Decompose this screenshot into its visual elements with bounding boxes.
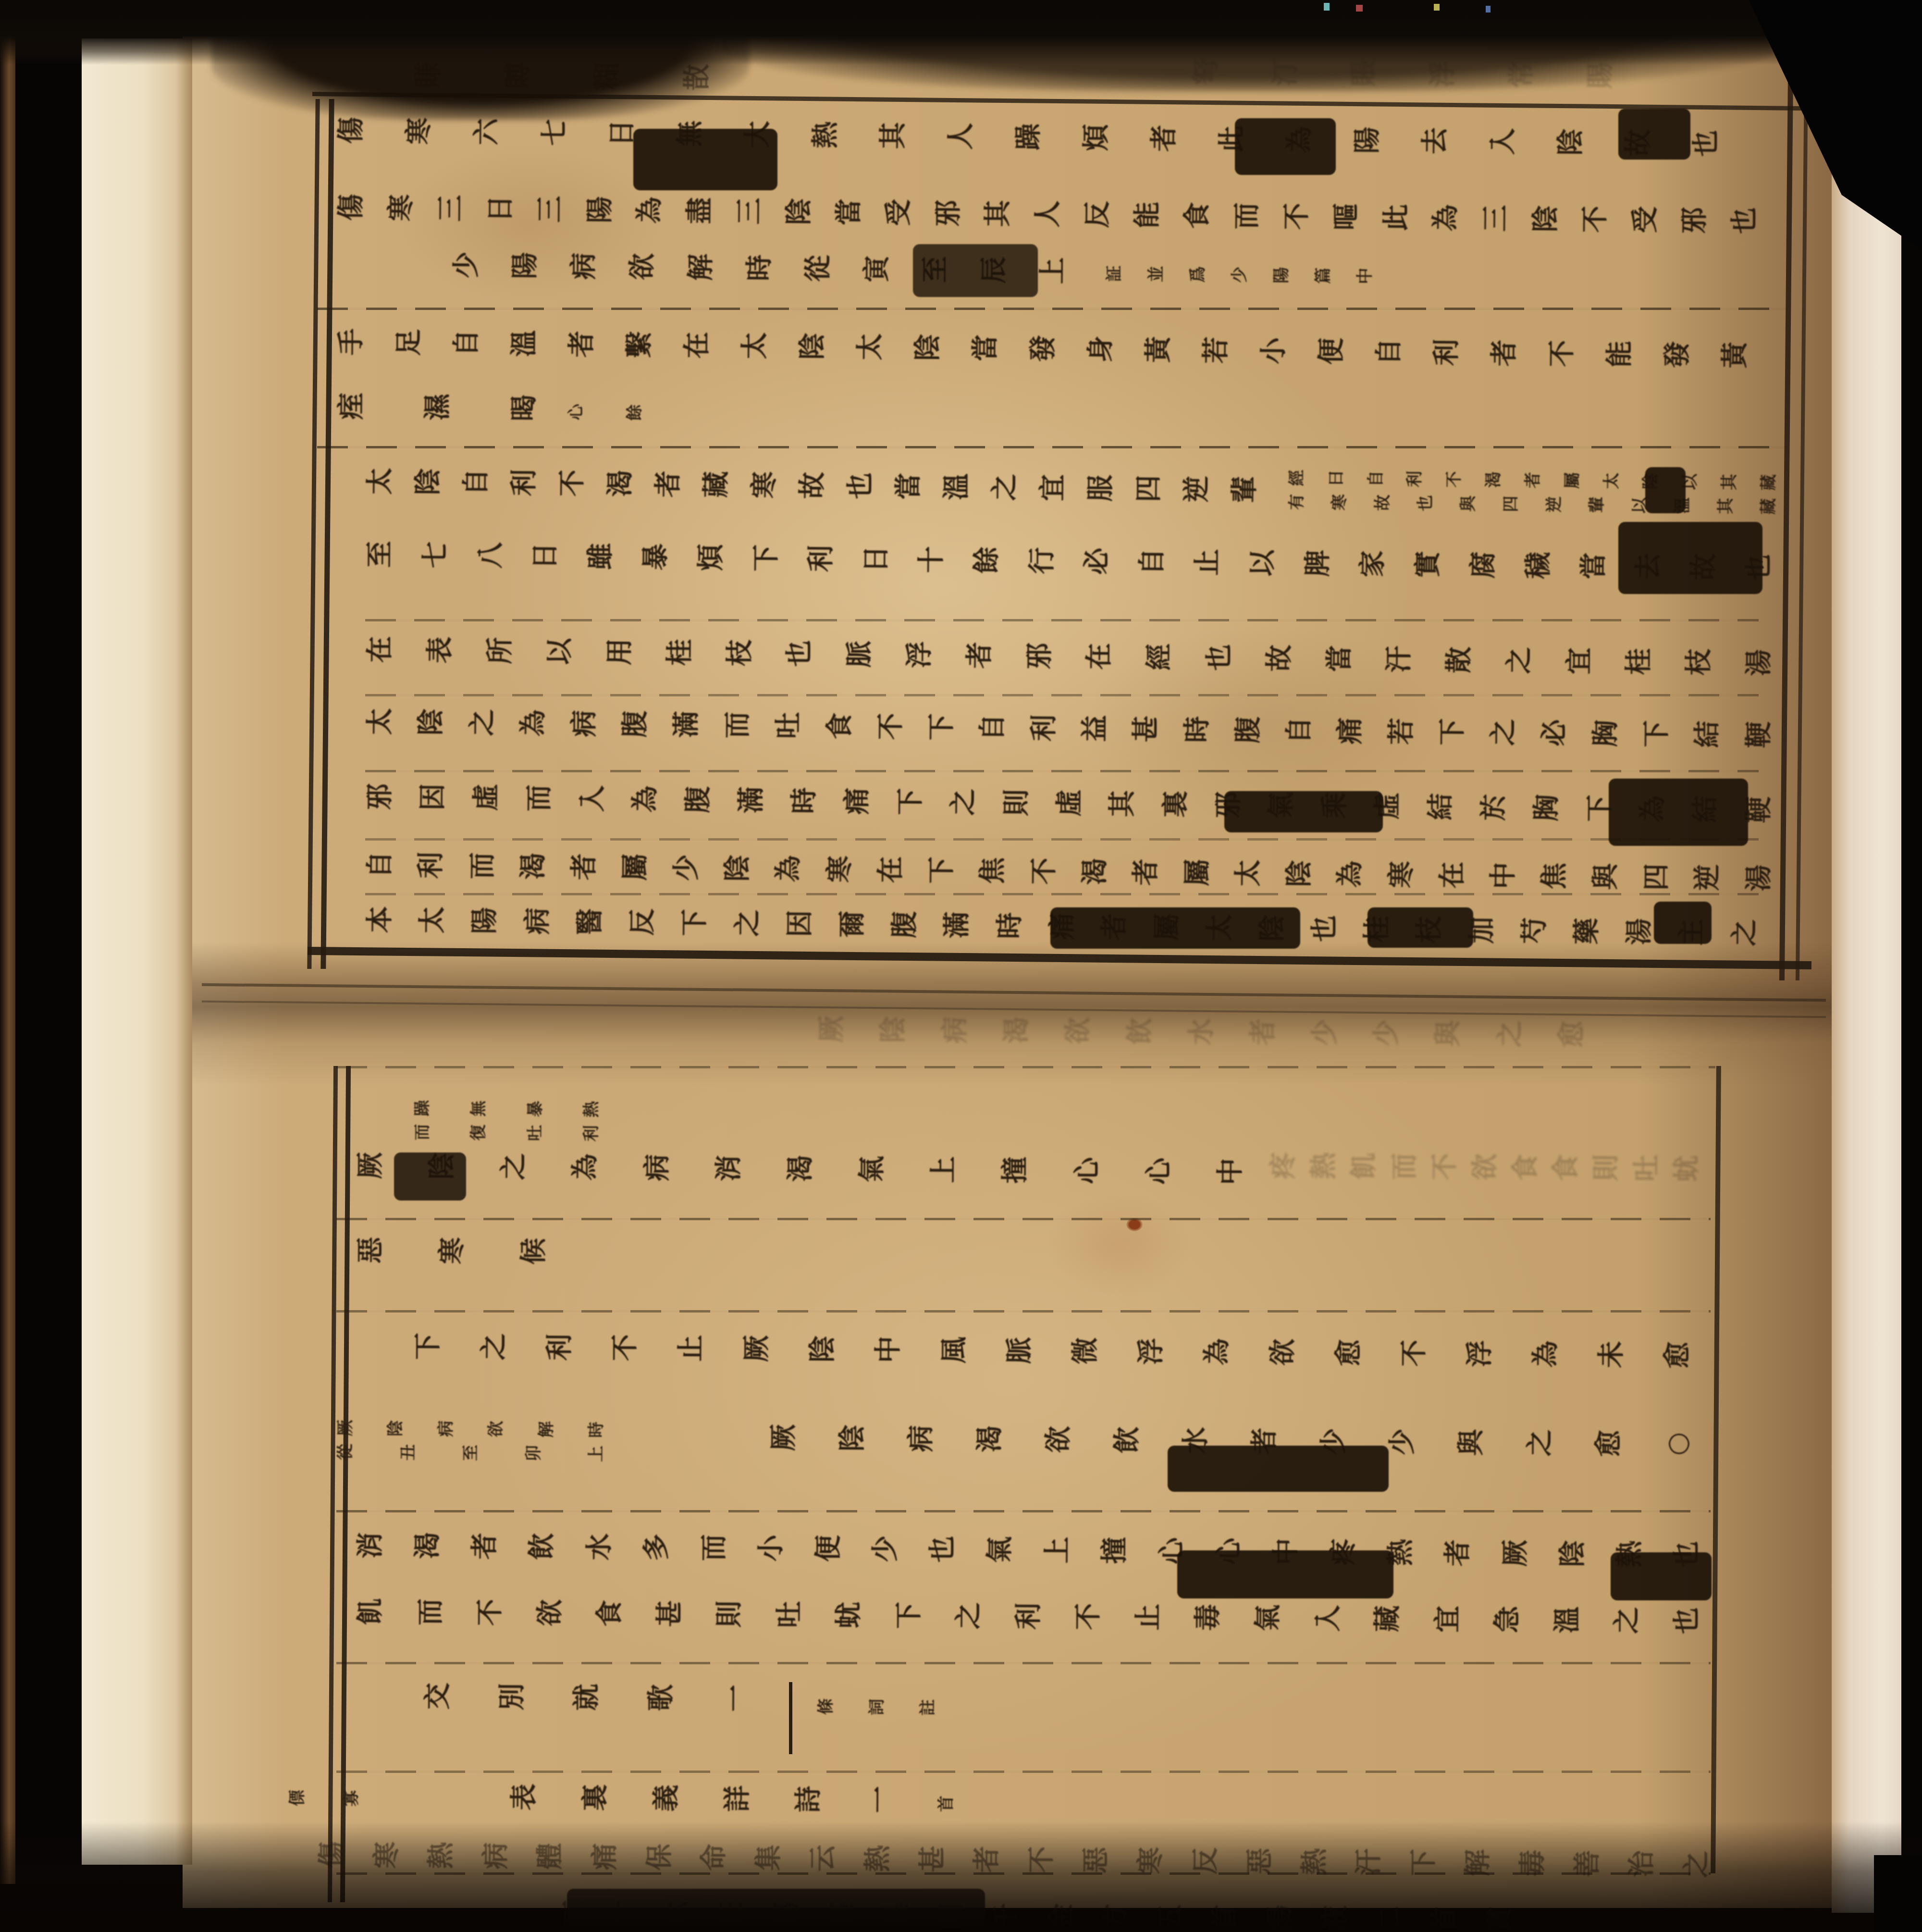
glyph: 宜 (1563, 646, 1595, 676)
glyph: 自 (460, 468, 492, 497)
ink-blot (1368, 907, 1473, 948)
glyph: 義 (650, 1783, 682, 1812)
glyph: 邪 (1023, 641, 1055, 670)
glyph: 在 (681, 331, 713, 360)
glyph: 用 (604, 637, 636, 667)
ink-blot (1050, 907, 1300, 949)
glyph: 湯 (1743, 648, 1775, 678)
glyph: 陰 (783, 197, 815, 226)
glyph: 八 (474, 541, 506, 570)
glyph: 邪 (1678, 206, 1711, 235)
glyph: 胸 (1589, 718, 1621, 748)
glyph: 陰 (1556, 1539, 1588, 1568)
glyph: 胸 (1530, 793, 1563, 822)
ink-blot (1168, 1446, 1389, 1492)
glyph: 繫 (623, 330, 655, 359)
glyph: 至 (461, 1444, 481, 1462)
glyph: 不 (474, 1598, 505, 1627)
glyph: 實 (1412, 550, 1444, 579)
glyph: 故 (1372, 494, 1392, 512)
glyph: 陰 (1554, 127, 1587, 157)
glyph: 餘 (625, 403, 645, 421)
glyph: 太 (1602, 471, 1622, 490)
double-line-note: 經曰自利不渴者屬太陰以其藏 有寒故也與四逆輩以溫其藏 (1288, 468, 1778, 517)
glyph: 之 (947, 788, 979, 817)
glyph: 反 (626, 907, 658, 937)
glyph: 上 (586, 1445, 606, 1463)
glyph: 下 (925, 712, 958, 742)
glyph: 暍 (508, 393, 540, 422)
glyph: 而 (523, 783, 555, 813)
glyph: 寒 (384, 193, 417, 223)
glyph: 病 (905, 1424, 936, 1453)
glyph: 為 (517, 708, 549, 738)
glyph: 利 (1405, 470, 1425, 488)
glyph: 病 (521, 906, 553, 936)
glyph: 時 (993, 911, 1025, 941)
glyph: 陽 (584, 195, 616, 224)
glyph: 寒 (748, 471, 780, 500)
glyph: 脈 (843, 640, 875, 669)
glyph: 消 (354, 1531, 386, 1560)
glyph: 與 (1454, 1428, 1486, 1457)
glyph: 復 (468, 1123, 489, 1141)
glyph: 不 (1579, 205, 1611, 234)
glyph: 惡 (354, 1236, 386, 1264)
glyph: 吐 (773, 1600, 804, 1629)
double-line-note: 厥陰病欲解時 從丑至卯上 (336, 1418, 606, 1464)
glyph: 厥 (335, 1419, 356, 1437)
glyph: 腹 (619, 709, 651, 739)
glyph: 上 (927, 1155, 959, 1184)
divider-tick (789, 1682, 792, 1754)
scan-artifact (1356, 5, 1363, 12)
glyph: 藏 (1759, 473, 1779, 492)
glyph: 中 (1214, 1157, 1246, 1186)
glyph: 者 (652, 470, 684, 499)
glyph: 陰 (796, 332, 828, 361)
glyph: 之 (731, 908, 763, 938)
glyph: 當 (1577, 551, 1609, 581)
glyph: 並 (1146, 265, 1166, 283)
glyph: 反 (1081, 200, 1113, 229)
text-column-note: 從丑至卯上 (336, 1442, 605, 1464)
glyph: 表 (423, 635, 456, 665)
glyph: 便 (812, 1534, 844, 1563)
page-stack-edge-right (1832, 34, 1901, 1913)
glyph: 受 (882, 198, 914, 227)
glyph: 者 (1441, 1538, 1473, 1567)
glyph: 病 (436, 1419, 456, 1437)
glyph: 也 (1308, 914, 1341, 943)
glyph: 為 (1529, 1339, 1561, 1368)
glyph: 邪 (364, 782, 396, 811)
glyph: 中 (872, 1335, 904, 1364)
glyph: 枝 (723, 638, 755, 668)
double-line-note: 躁無暴熱 而復吐利 (413, 1098, 601, 1144)
glyph: 為 (569, 1152, 601, 1181)
glyph: 之 (1493, 1019, 1525, 1048)
glyph: 日 (484, 194, 516, 223)
glyph: 止 (1191, 548, 1223, 577)
glyph: 者 (468, 1532, 500, 1560)
ink-blot (1224, 791, 1383, 832)
glyph: 欲 (1042, 1425, 1074, 1454)
glyph: 結 (1424, 792, 1456, 821)
glyph: 去 (1419, 126, 1451, 156)
glyph: 浮 (1464, 1339, 1495, 1368)
glyph: 足 (393, 328, 425, 357)
bottom-edge-shadow (0, 1821, 1922, 1932)
glyph: 厥 (740, 1334, 772, 1363)
glyph: 陰 (721, 854, 753, 883)
glyph: 逆 (1691, 863, 1724, 892)
glyph: 詳 (721, 1784, 753, 1813)
glyph: 厥 (767, 1423, 799, 1452)
glyph: 其 (877, 121, 909, 150)
glyph: 也 (844, 471, 876, 501)
glyph: 水 (583, 1532, 615, 1561)
glyph: 之 (1487, 718, 1519, 747)
glyph: 益 (1079, 714, 1111, 743)
glyph: 其 (982, 199, 1014, 228)
glyph: 陰 (385, 1419, 406, 1437)
glyph: 甚 (653, 1599, 685, 1628)
column-rule (365, 838, 1759, 841)
glyph: 行 (1025, 546, 1058, 575)
glyph: 所 (483, 636, 516, 665)
glyph: 欲 (626, 252, 658, 281)
glyph: ○ (1661, 1429, 1693, 1458)
glyph: 與 (1589, 862, 1621, 891)
text-column: 惡寒候 (356, 1234, 548, 1267)
text-column: 交別就歌一 (423, 1680, 750, 1714)
glyph: 陰 (877, 1015, 909, 1044)
glyph: 太 (1232, 858, 1264, 888)
glyph: 太 (739, 331, 771, 360)
text-column-note: 証並爲少陽篇中 (1105, 263, 1374, 286)
glyph: 欲 (1469, 1152, 1501, 1181)
glyph: 故 (1263, 644, 1295, 673)
glyph: 不 (609, 1333, 641, 1362)
glyph: 也 (1203, 643, 1235, 672)
glyph: 屬 (619, 853, 651, 882)
glyph: 利 (508, 468, 540, 497)
glyph: 撞 (1098, 1536, 1130, 1565)
glyph: 不 (1444, 470, 1464, 488)
glyph: 經 (1143, 643, 1175, 672)
glyph: 利 (805, 544, 837, 573)
glyph: 利 (415, 851, 447, 880)
glyph: 為 (772, 854, 804, 883)
glyph: 微 (1069, 1337, 1101, 1365)
glyph: 渴 (411, 1531, 443, 1560)
glyph: 盡 (683, 196, 715, 225)
glyph: 為 (633, 196, 665, 225)
glyph: 四 (1133, 474, 1165, 503)
glyph: 吐 (772, 711, 804, 740)
glyph: 不 (1398, 1338, 1429, 1367)
glyph: 以 (1246, 548, 1278, 578)
ink-blot (1618, 109, 1690, 160)
glyph: 詩 (792, 1784, 824, 1813)
ink-blot (1177, 1550, 1393, 1598)
glyph: 而 (466, 851, 498, 880)
glyph: 者 (568, 852, 600, 881)
glyph: 熱 (1307, 1152, 1339, 1180)
glyph: 病 (938, 1016, 970, 1044)
glyph: 無 (468, 1099, 489, 1117)
column-rule (336, 1218, 1711, 1220)
glyph: 至 (364, 540, 396, 569)
glyph: 利 (543, 1333, 575, 1362)
text-column: 疼熱飢而不欲食食則吐蚘 (1269, 1150, 1701, 1184)
glyph: 枝 (1683, 647, 1715, 677)
glyph: 不 (874, 712, 906, 741)
glyph: 也 (783, 639, 815, 668)
glyph: 醫 (574, 907, 606, 936)
glyph: 一 (719, 1684, 751, 1712)
text-column-note: 首 (937, 1794, 975, 1814)
glyph: 若 (1385, 717, 1417, 746)
column-rule (365, 694, 1759, 696)
glyph: 陽 (509, 251, 541, 280)
glyph: 當 (832, 198, 864, 227)
glyph: 裏 (579, 1783, 611, 1812)
glyph: 少 (1386, 1427, 1417, 1456)
glyph: 身 (1084, 334, 1117, 364)
glyph: 詞 (867, 1698, 887, 1716)
glyph: 寒 (436, 1236, 468, 1265)
glyph: 腹 (888, 910, 921, 939)
text-column-note: 條詞註 (817, 1697, 937, 1718)
glyph: 鞕 (1742, 720, 1774, 750)
glyph: 滿 (670, 710, 702, 739)
glyph: 嘔 (1330, 202, 1362, 232)
glyph: 渴 (784, 1154, 816, 1183)
top-edge-shadow (0, 0, 1922, 65)
glyph: 為 (1334, 859, 1366, 889)
glyph: 也 (1690, 129, 1722, 158)
glyph: 利 (1012, 1602, 1044, 1631)
glyph: 而 (721, 710, 753, 740)
glyph: 食 (1509, 1152, 1541, 1181)
glyph: 蚘 (1671, 1154, 1702, 1183)
glyph: 曰 (1326, 469, 1346, 487)
glyph: 飲 (526, 1532, 557, 1560)
glyph: 六 (470, 117, 503, 147)
glyph: 而 (1388, 1152, 1420, 1181)
column-rule (317, 446, 1787, 448)
glyph: 飲 (1123, 1016, 1155, 1045)
glyph: 發 (1661, 340, 1693, 369)
text-column: 痓濕暍 (336, 390, 539, 424)
glyph: 因 (783, 909, 815, 938)
glyph: 小 (755, 1534, 787, 1562)
glyph: 陰 (806, 1335, 838, 1363)
ink-blot (394, 1152, 466, 1201)
glyph: 藏 (1758, 497, 1778, 516)
glyph: 腹 (1232, 715, 1264, 744)
glyph: 宜 (1036, 473, 1069, 502)
glyph: 藏 (1371, 1604, 1403, 1633)
glyph: 浮 (903, 640, 936, 669)
glyph: 厥 (354, 1151, 386, 1180)
glyph: 陰 (1529, 204, 1561, 234)
column-rule (336, 1310, 1711, 1313)
glyph: 甚 (1130, 714, 1162, 743)
glyph: 下 (893, 1601, 924, 1630)
glyph: 渴 (604, 469, 636, 498)
ink-blot (1654, 902, 1712, 944)
glyph: 黃 (1142, 335, 1174, 364)
glyph: 不 (556, 469, 588, 498)
glyph: 發 (1027, 334, 1059, 363)
glyph: 下 (750, 544, 782, 573)
glyph: 湯 (1623, 917, 1655, 946)
glyph: 候 (517, 1237, 549, 1265)
glyph: 消 (713, 1153, 744, 1182)
glyph: 黃 (1719, 341, 1751, 370)
glyph: 屬 (1562, 471, 1582, 490)
glyph: 解 (536, 1420, 556, 1438)
glyph: 丑 (398, 1443, 418, 1461)
glyph: 浮 (1135, 1337, 1167, 1365)
glyph: 七 (419, 540, 451, 570)
glyph: 家 (1356, 549, 1389, 579)
glyph: 屬 (1181, 858, 1213, 887)
glyph: 爲 (1188, 265, 1208, 284)
glyph: 欲 (533, 1598, 565, 1627)
glyph: 自 (364, 850, 396, 879)
scan-artifact (1324, 3, 1330, 11)
glyph: 食 (593, 1598, 625, 1627)
glyph: 者 (1523, 471, 1543, 489)
page-edge-gap (0, 0, 15, 1884)
glyph: 厥 (1499, 1539, 1530, 1568)
glyph: 其 (1106, 789, 1138, 818)
glyph: 者 (566, 330, 598, 359)
glyph: 人 (945, 122, 977, 151)
column-rule (317, 308, 1787, 310)
glyph: 必 (1081, 546, 1113, 576)
glyph: 者 (1130, 857, 1162, 887)
glyph: 寅 (861, 254, 893, 284)
glyph: 傷 (335, 116, 367, 145)
glyph: 下 (1436, 717, 1468, 746)
glyph: 病 (641, 1153, 672, 1182)
glyph: 上 (1036, 256, 1069, 285)
glyph: 熱 (581, 1100, 602, 1118)
glyph: 心 (566, 403, 586, 421)
glyph: 陽 (1271, 266, 1292, 284)
glyph: 寒 (1330, 493, 1350, 511)
glyph: 桂 (1623, 647, 1655, 676)
glyph: 歌 (645, 1683, 677, 1712)
glyph: 病 (567, 251, 600, 281)
glyph: 少 (450, 250, 482, 280)
glyph: 卯 (523, 1444, 543, 1462)
glyph: 之 (478, 1332, 509, 1361)
glyph: 七 (538, 118, 570, 147)
glyph: 氣 (856, 1154, 887, 1183)
glyph: 疼 (1267, 1151, 1299, 1180)
glyph: 溫 (508, 329, 540, 358)
glyph: 在 (364, 635, 396, 664)
glyph: 煩 (1080, 123, 1112, 152)
glyph: 食 (1181, 201, 1213, 230)
glyph: 之 (1523, 1428, 1555, 1457)
glyph: 中 (1355, 267, 1375, 285)
glyph: 欲 (1267, 1338, 1298, 1366)
glyph: 湯 (1742, 864, 1774, 893)
glyph: 氣 (984, 1535, 1015, 1564)
glyph: 証 (1104, 264, 1124, 283)
glyph: 陰 (836, 1424, 868, 1452)
text-column-note: 厥陰病欲解時 (336, 1418, 605, 1440)
glyph: 於 (1477, 793, 1509, 822)
glyph: 陰 (415, 707, 447, 737)
glyph: 痓 (335, 392, 367, 421)
glyph: 小 (1257, 336, 1290, 365)
glyph: 吐 (1630, 1153, 1662, 1182)
glyph: 欲 (486, 1420, 506, 1438)
glyph: 也 (1415, 494, 1435, 512)
glyph: 利 (1430, 338, 1463, 367)
glyph: 有 (1287, 493, 1307, 511)
glyph: 少 (1230, 265, 1250, 284)
glyph: 汗 (1383, 644, 1415, 674)
glyph: 宜 (1431, 1605, 1463, 1634)
glyph: 不 (1546, 339, 1578, 368)
glyph: 蚘 (833, 1600, 864, 1629)
scan-artifact (1434, 4, 1440, 11)
glyph: 結 (1691, 719, 1724, 749)
glyph: 能 (1131, 200, 1163, 230)
glyph: 食 (1550, 1153, 1581, 1182)
glyph: 四 (1640, 862, 1673, 892)
glyph: 為 (1201, 1337, 1232, 1366)
glyph: 暴 (525, 1100, 545, 1118)
column-rule (336, 1662, 1711, 1664)
text-column-note: 僄寡 (288, 1788, 360, 1808)
glyph: 厥 (815, 1015, 847, 1043)
glyph: 止 (1132, 1602, 1164, 1631)
glyph: 自 (1366, 470, 1386, 488)
glyph: 日 (529, 541, 561, 570)
glyph: 逆 (1181, 474, 1213, 504)
glyph: 未 (1595, 1340, 1627, 1369)
glyph: 滿 (735, 785, 767, 815)
glyph: 逆 (1544, 495, 1564, 513)
glyph: 三 (434, 194, 467, 223)
glyph: 者 (963, 641, 995, 670)
glyph: 不 (1072, 1602, 1104, 1631)
glyph: 穢 (1522, 551, 1554, 580)
glyph: 脾 (1301, 549, 1333, 578)
glyph: 藥 (1571, 916, 1603, 946)
glyph: 便 (1315, 337, 1347, 366)
glyph: 時 (586, 1421, 606, 1439)
glyph: 而 (698, 1533, 729, 1562)
glyph: 太 (416, 905, 448, 935)
glyph: 一 (863, 1785, 895, 1814)
glyph: 下 (1640, 719, 1673, 748)
column-rule (336, 1771, 1711, 1773)
glyph: 輩 (1229, 475, 1261, 504)
glyph: 躁 (412, 1099, 432, 1117)
glyph: 從 (802, 254, 834, 283)
